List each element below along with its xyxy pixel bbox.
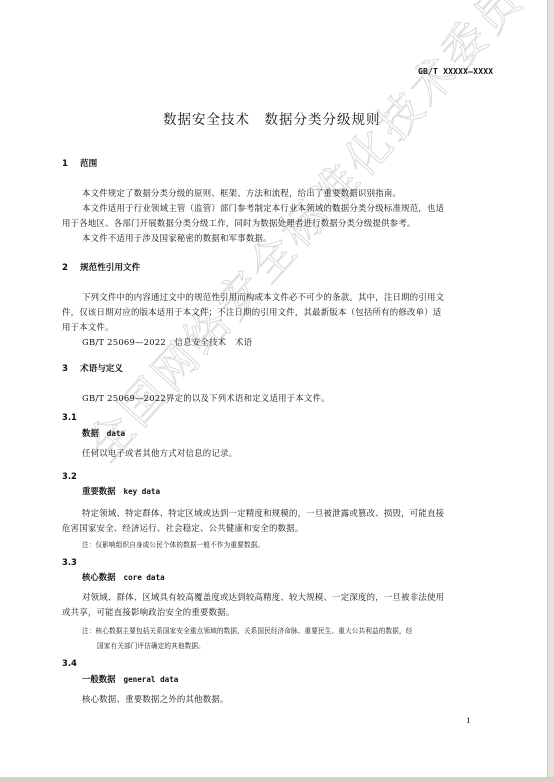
section-title: 术语与定义	[80, 364, 123, 374]
term-note-continuation: 国家有关部门评估确定的其他数据。	[97, 640, 205, 650]
standard-code: GB/T XXXXX—XXXX	[418, 67, 493, 76]
section-number: 2	[62, 263, 80, 273]
term-definition-continuation: 或共享，可能直接影响政治安全的重要数据。	[62, 606, 235, 618]
section-number: 1	[62, 159, 80, 169]
clause-number: 3.2	[62, 471, 77, 481]
normative-reference: GB/T 25069—2022 信息安全技术 术语	[82, 336, 252, 348]
term-note: 注：仅影响组织自身或公民个体的数据一般不作为重要数据。	[82, 539, 264, 549]
paragraph: 下列文件中的内容通过文中的规范性引用而构成本文件必不可少的条款。其中，注日期的引…	[82, 291, 444, 303]
term-definition: 核心数据、重要数据之外的其他数据。	[82, 693, 229, 705]
term-definition-continuation: 危害国家安全、经济运行、社会稳定、公共健康和安全的数据。	[62, 522, 304, 534]
section-heading-2: 2规范性引用文件	[62, 261, 140, 273]
section-title: 规范性引用文件	[80, 263, 140, 273]
clause-number: 3.1	[62, 412, 77, 422]
term-entry: 数据data	[82, 427, 125, 439]
term-en: core data	[124, 573, 165, 582]
term-entry: 重要数据key data	[82, 485, 160, 497]
document-page: 全国网络安全标准化技术委员会 GB/T XXXXX—XXXX 数据安全技术 数据…	[0, 0, 547, 777]
paragraph-continuation: 件，仅该日期对应的版本适用于本文件；不注日期的引用文件，其最新版本（包括所有的修…	[62, 306, 442, 318]
paragraph-continuation: 用于各地区、各部门开展数据分类分级工作，同时为数据处理者进行数据分类分级提供参考…	[62, 217, 416, 229]
term-entry: 核心数据core data	[82, 571, 165, 583]
section-number: 3	[62, 364, 80, 374]
page-bottom-edge	[0, 777, 554, 781]
clause-number: 3.4	[62, 658, 77, 668]
section-intro: GB/T 25069—2022界定的以及下列术语和定义适用于本文件。	[82, 392, 330, 404]
paragraph-continuation: 用于本文件。	[62, 321, 114, 333]
paragraph: 本文件不适用于涉及国家秘密的数据和军事数据。	[82, 232, 272, 244]
term-en: general data	[124, 675, 179, 684]
term-definition: 对领域、群体、区域具有较高覆盖度或达到较高精度、较大规模、一定深度的，一旦被非法…	[82, 591, 444, 603]
section-heading-3: 3术语与定义	[62, 362, 123, 374]
term-note: 注：核心数据主要包括关系国家安全重点领域的数据，关系国民经济命脉、重要民生、重大…	[82, 625, 412, 635]
term-cn: 一般数据	[82, 674, 116, 684]
section-heading-1: 1范围	[62, 157, 97, 169]
page-number: 1	[466, 716, 471, 725]
term-cn: 核心数据	[82, 572, 116, 582]
paragraph: 本文件规定了数据分类分级的原则、框架、方法和流程，给出了重要数据识别指南。	[82, 187, 401, 199]
document-title: 数据安全技术 数据分类分级规则	[163, 108, 381, 128]
term-entry: 一般数据general data	[82, 673, 178, 685]
term-cn: 数据	[82, 428, 99, 438]
paragraph: 本文件适用于行业领域主管（监管）部门参考制定本行业本领域的数据分类分级标准规范，…	[82, 202, 444, 214]
section-title: 范围	[80, 159, 97, 169]
term-definition: 特定领域、特定群体、特定区域或达到一定精度和规模的，一旦被泄露或篡改、损毁，可能…	[82, 507, 444, 519]
term-en: data	[107, 429, 125, 438]
term-definition: 任何以电子或者其他方式对信息的记录。	[82, 447, 237, 459]
term-en: key data	[124, 487, 161, 496]
viewer-scrollbar-edge	[547, 0, 554, 781]
clause-number: 3.3	[62, 557, 77, 567]
term-cn: 重要数据	[82, 486, 116, 496]
